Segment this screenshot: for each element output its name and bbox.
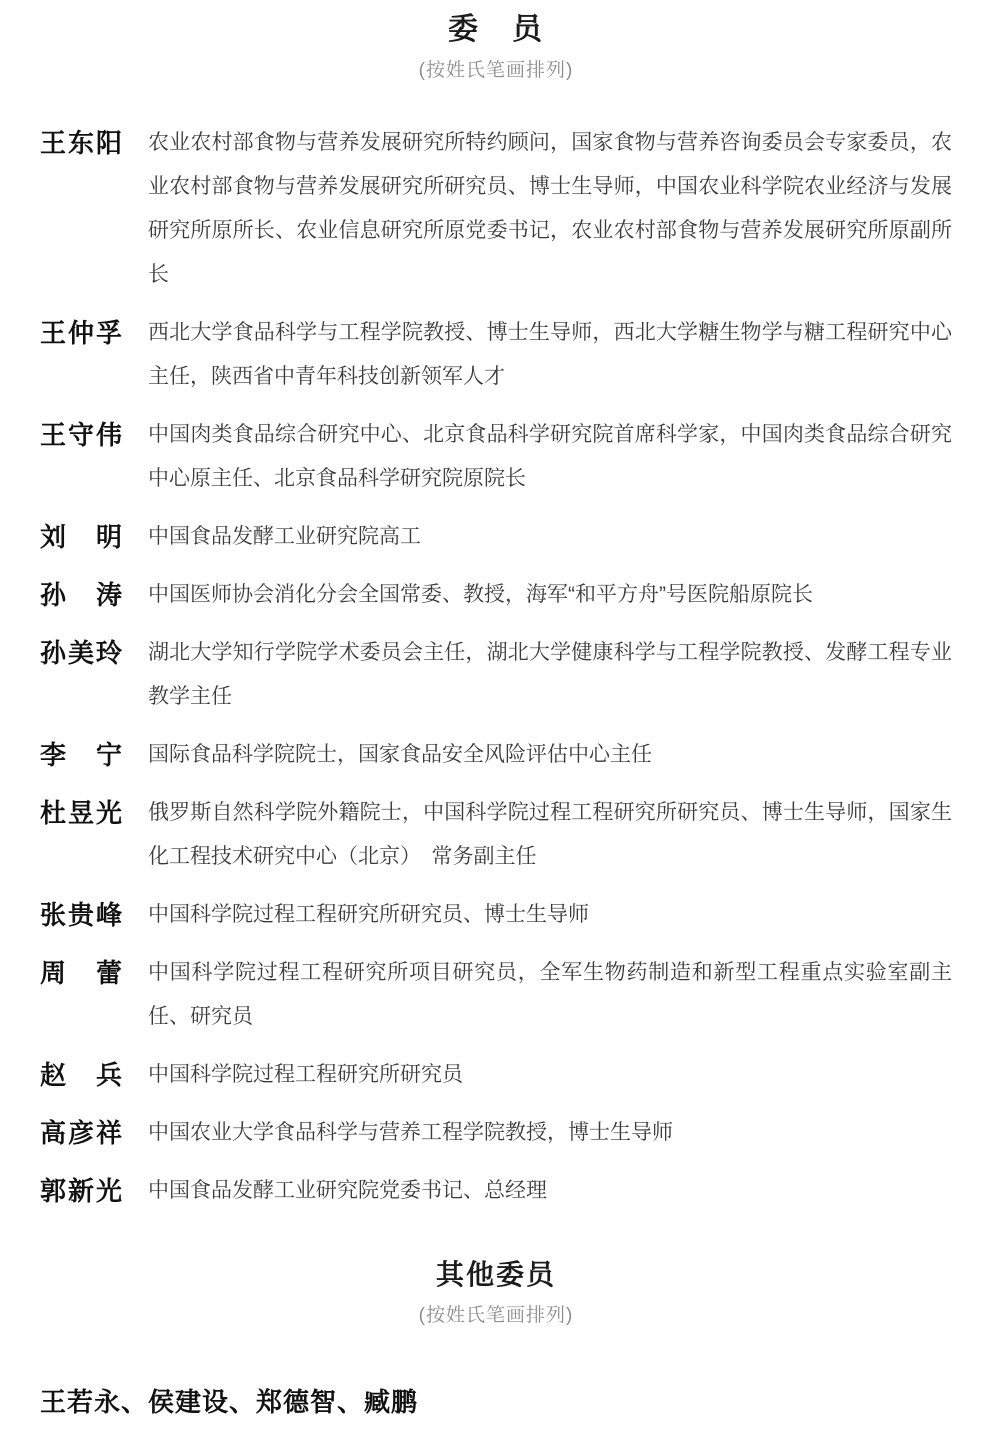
member-name: 周 蕾 xyxy=(40,951,138,995)
member-row: 孙美玲 湖北大学知行学院学术委员会主任，湖北大学健康科学与工程学院教授、发酵工程… xyxy=(40,631,952,719)
member-description: 中国农业大学食品科学与营养工程学院教授，博士生导师 xyxy=(148,1111,952,1155)
member-row: 王仲孚 西北大学食品科学与工程学院教授、博士生导师，西北大学糖生物学与糖工程研究… xyxy=(40,311,952,399)
member-row: 高彦祥 中国农业大学食品科学与营养工程学院教授，博士生导师 xyxy=(40,1111,952,1155)
other-committee-names: 王若永、侯建设、郑德智、臧鹏 xyxy=(40,1380,952,1424)
member-row: 王东阳 农业农村部食物与营养发展研究所特约顾问，国家食物与营养咨询委员会专家委员… xyxy=(40,121,952,297)
member-name: 高彦祥 xyxy=(40,1111,138,1155)
other-committee-header: 其他委员 (按姓氏笔画排列) xyxy=(40,1255,952,1330)
member-name: 王仲孚 xyxy=(40,311,138,355)
member-name: 郭新光 xyxy=(40,1169,138,1213)
member-row: 杜昱光 俄罗斯自然科学院外籍院士，中国科学院过程工程研究所研究员、博士生导师，国… xyxy=(40,791,952,879)
member-row: 孙 涛 中国医师协会消化分会全国常委、教授，海军“和平方舟”号医院船原院长 xyxy=(40,573,952,617)
member-name: 刘 明 xyxy=(40,515,138,559)
member-name: 赵 兵 xyxy=(40,1053,138,1097)
other-committee-title: 其他委员 xyxy=(40,1255,952,1295)
member-description: 国际食品科学院院士，国家食品安全风险评估中心主任 xyxy=(148,733,952,777)
member-row: 周 蕾 中国科学院过程工程研究所项目研究员，全军生物药制造和新型工程重点实验室副… xyxy=(40,951,952,1039)
member-name: 孙美玲 xyxy=(40,631,138,675)
member-row: 李 宁 国际食品科学院院士，国家食品安全风险评估中心主任 xyxy=(40,733,952,777)
member-description: 中国食品发酵工业研究院党委书记、总经理 xyxy=(148,1169,952,1213)
member-description: 俄罗斯自然科学院外籍院士，中国科学院过程工程研究所研究员、博士生导师，国家生化工… xyxy=(148,791,952,879)
committee-header: 委 员 (按姓氏笔画排列) xyxy=(40,10,952,85)
member-description: 中国食品发酵工业研究院高工 xyxy=(148,515,952,559)
member-description: 中国科学院过程工程研究所研究员 xyxy=(148,1053,952,1097)
member-name: 张贵峰 xyxy=(40,893,138,937)
committee-sort-note: (按姓氏笔画排列) xyxy=(40,57,952,85)
member-name: 杜昱光 xyxy=(40,791,138,835)
member-name: 李 宁 xyxy=(40,733,138,777)
member-row: 赵 兵 中国科学院过程工程研究所研究员 xyxy=(40,1053,952,1097)
member-description: 中国科学院过程工程研究所研究员、博士生导师 xyxy=(148,893,952,937)
member-name: 孙 涛 xyxy=(40,573,138,617)
member-name: 王东阳 xyxy=(40,121,138,165)
member-description: 中国科学院过程工程研究所项目研究员，全军生物药制造和新型工程重点实验室副主任、研… xyxy=(148,951,952,1039)
member-list: 王东阳 农业农村部食物与营养发展研究所特约顾问，国家食物与营养咨询委员会专家委员… xyxy=(40,121,952,1213)
committee-title: 委 员 xyxy=(40,10,952,50)
other-committee-sort-note: (按姓氏笔画排列) xyxy=(40,1302,952,1330)
member-row: 王守伟 中国肉类食品综合研究中心、北京食品科学研究院首席科学家，中国肉类食品综合… xyxy=(40,413,952,501)
document-page: 委 员 (按姓氏笔画排列) 王东阳 农业农村部食物与营养发展研究所特约顾问，国家… xyxy=(0,0,1000,1440)
member-description: 中国医师协会消化分会全国常委、教授，海军“和平方舟”号医院船原院长 xyxy=(148,573,952,617)
member-row: 张贵峰 中国科学院过程工程研究所研究员、博士生导师 xyxy=(40,893,952,937)
member-description: 湖北大学知行学院学术委员会主任，湖北大学健康科学与工程学院教授、发酵工程专业教学… xyxy=(148,631,952,719)
member-description: 西北大学食品科学与工程学院教授、博士生导师，西北大学糖生物学与糖工程研究中心主任… xyxy=(148,311,952,399)
member-row: 郭新光 中国食品发酵工业研究院党委书记、总经理 xyxy=(40,1169,952,1213)
member-description: 农业农村部食物与营养发展研究所特约顾问，国家食物与营养咨询委员会专家委员，农业农… xyxy=(148,121,952,297)
member-row: 刘 明 中国食品发酵工业研究院高工 xyxy=(40,515,952,559)
member-description: 中国肉类食品综合研究中心、北京食品科学研究院首席科学家，中国肉类食品综合研究中心… xyxy=(148,413,952,501)
member-name: 王守伟 xyxy=(40,413,138,457)
